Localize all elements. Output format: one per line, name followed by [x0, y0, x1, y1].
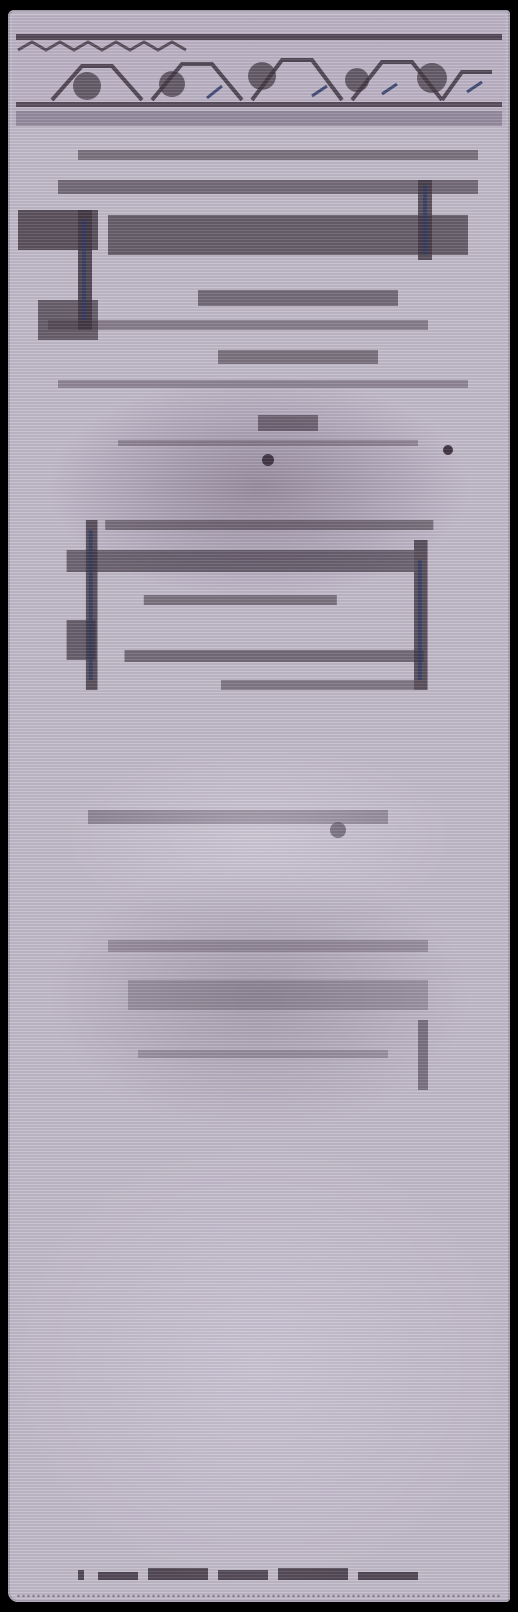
border-motif-graphic	[12, 16, 506, 126]
lower-streaks-graphic	[48, 790, 470, 1110]
rug-middle-panel	[28, 500, 470, 700]
rug-bottom-motif-row	[58, 1550, 460, 1590]
middle-panel-graphic	[28, 500, 470, 700]
upper-panel-graphic	[18, 140, 500, 500]
bottom-motif-graphic	[58, 1550, 460, 1590]
rug-photo	[8, 10, 510, 1602]
rug-top-border	[12, 16, 506, 126]
rug-upper-panel	[18, 140, 500, 500]
rug-lower-streaks	[48, 790, 470, 1110]
rug-bottom-edge-binding	[16, 1594, 502, 1598]
image-frame	[0, 0, 518, 1612]
